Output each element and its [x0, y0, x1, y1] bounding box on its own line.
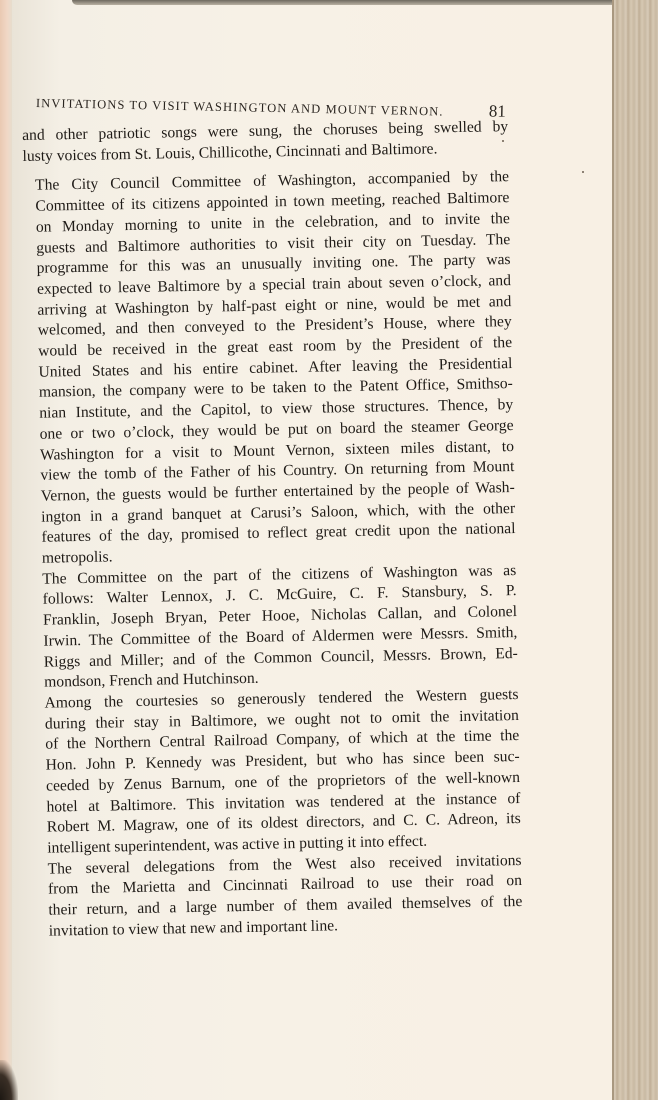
paragraph: and other patriotic songs were sung, the…	[22, 117, 509, 167]
paragraph: The City Council Committee of Washington…	[23, 167, 516, 569]
page-block-edges	[612, 0, 658, 1100]
body-text: and other patriotic songs were sung, the…	[22, 117, 523, 942]
binding-shadow	[0, 1060, 18, 1100]
paragraph: The Committee on the part of the citizen…	[30, 561, 518, 694]
book-gutter	[0, 0, 12, 1100]
paragraph: The several delegations from the West al…	[35, 851, 522, 943]
paper-speck	[582, 171, 584, 173]
facing-page-edge	[72, 0, 612, 5]
paragraph: Among the courtesies so generously tende…	[32, 685, 521, 860]
